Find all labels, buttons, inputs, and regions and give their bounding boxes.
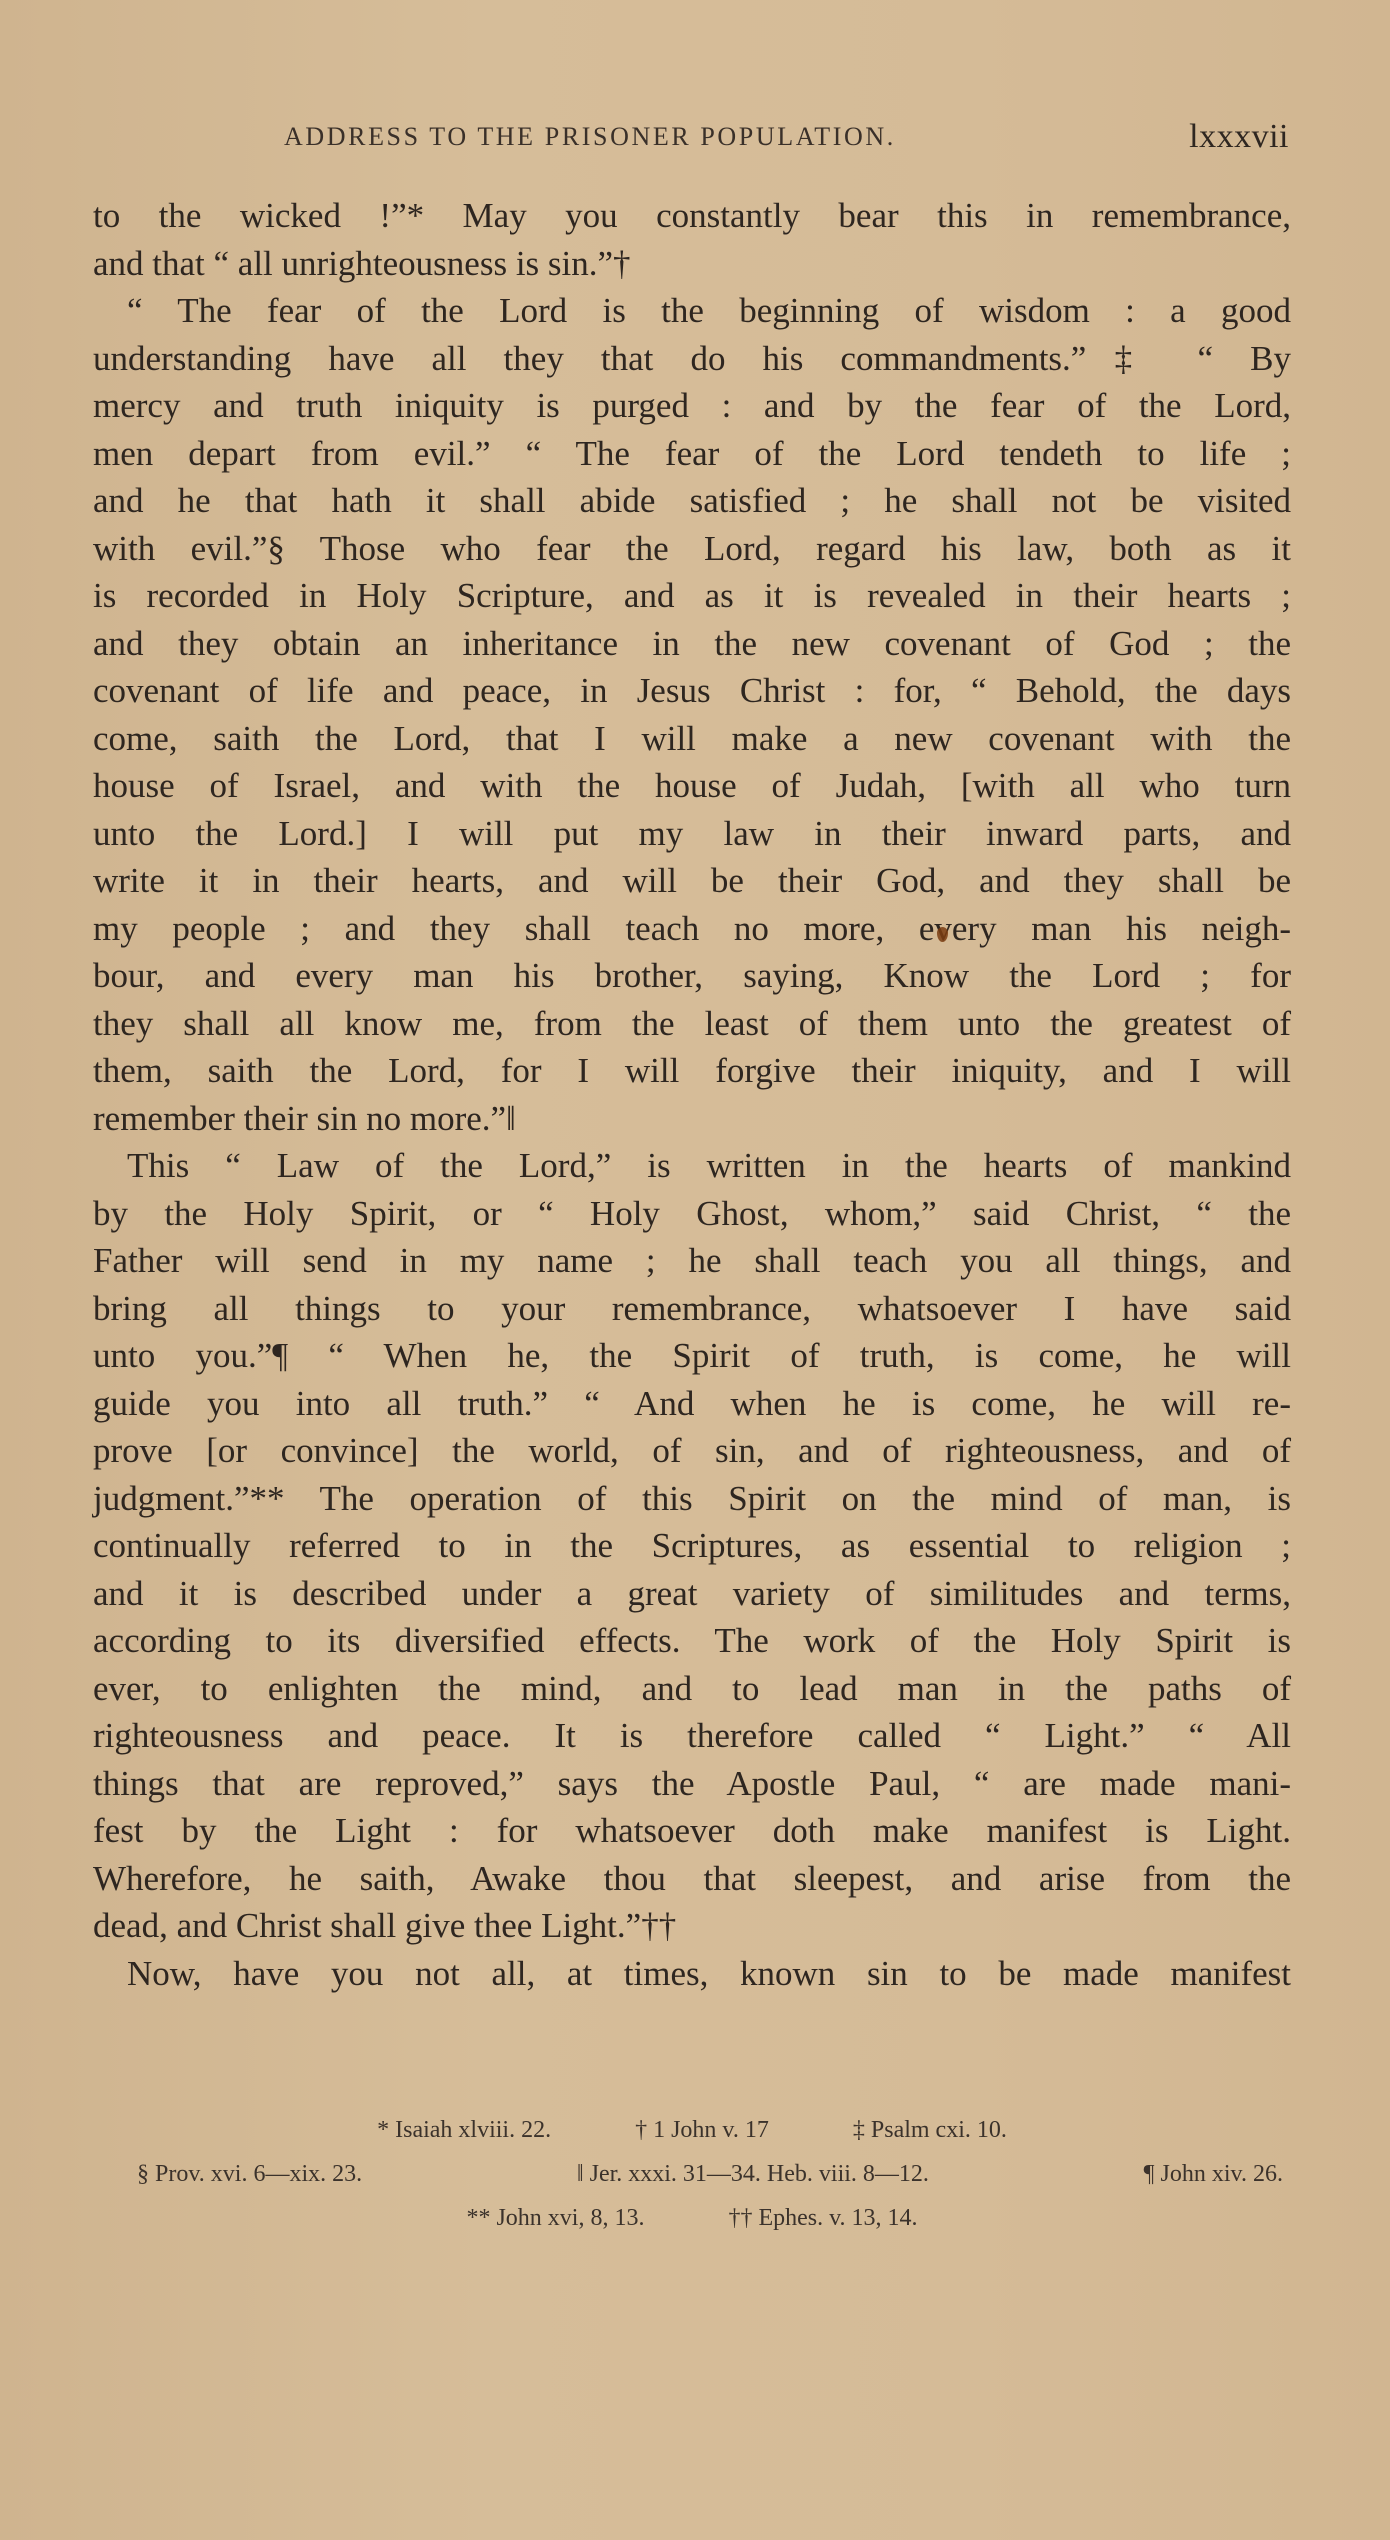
text-line: them, saith the Lord, for I will forgive… <box>93 1047 1291 1095</box>
text-line: covenant of life and peace, in Jesus Chr… <box>93 667 1291 715</box>
footnote: † 1 John v. 17 <box>635 2117 769 2144</box>
text-line: and he that hath it shall abide satisfie… <box>93 477 1291 525</box>
text-line: things that are reproved,” says the Apos… <box>93 1760 1291 1808</box>
text-line: write it in their hearts, and will be th… <box>93 857 1291 905</box>
text-line: Wherefore, he saith, Awake thou that sle… <box>93 1855 1291 1903</box>
footnote-row: * Isaiah xlviii. 22. † 1 John v. 17 ‡ Ps… <box>93 2108 1291 2152</box>
text-line: Father will send in my name ; he shall t… <box>93 1237 1291 1285</box>
text-line: to the wicked !”* May you constantly bea… <box>93 192 1291 240</box>
text-line: righteousness and peace. It is therefore… <box>93 1712 1291 1760</box>
text-line: unto you.”¶ “ When he, the Spirit of tru… <box>93 1332 1291 1380</box>
text-line: my people ; and they shall teach no more… <box>93 905 1291 953</box>
text-line: and they obtain an inheritance in the ne… <box>93 620 1291 668</box>
text-line: and that “ all unrighteousness is sin.”† <box>93 240 1291 288</box>
footnote: ¶ John xiv. 26. <box>1144 2161 1283 2188</box>
text-line: is recorded in Holy Scripture, and as it… <box>93 572 1291 620</box>
text-line: and it is described under a great variet… <box>93 1570 1291 1618</box>
text-line: dead, and Christ shall give thee Light.”… <box>93 1902 1291 1950</box>
footnotes: * Isaiah xlviii. 22. † 1 John v. 17 ‡ Ps… <box>93 2108 1291 2240</box>
footnote: ‖ Jer. xxxi. 31—34. Heb. viii. 8—12. <box>577 2161 929 2188</box>
text-line: “ The fear of the Lord is the beginning … <box>93 287 1291 335</box>
text-line: they shall all know me, from the least o… <box>93 1000 1291 1048</box>
text-line: house of Israel, and with the house of J… <box>93 762 1291 810</box>
text-line: continually referred to in the Scripture… <box>93 1522 1291 1570</box>
page-number: lxxxvii <box>1189 118 1289 156</box>
text-line: mercy and truth iniquity is purged : and… <box>93 382 1291 430</box>
text-line: understanding have all they that do his … <box>93 335 1291 383</box>
text-line: ever, to enlighten the mind, and to lead… <box>93 1665 1291 1713</box>
footnote: ‡ Psalm cxi. 10. <box>853 2117 1007 2144</box>
body-text: to the wicked !”* May you constantly bea… <box>93 192 1291 1997</box>
text-line: by the Holy Spirit, or “ Holy Ghost, who… <box>93 1190 1291 1238</box>
footnote: § Prov. xvi. 6—xix. 23. <box>137 2161 362 2188</box>
text-line: guide you into all truth.” “ And when he… <box>93 1380 1291 1428</box>
footnote-row: § Prov. xvi. 6—xix. 23. ‖ Jer. xxxi. 31—… <box>93 2152 1291 2196</box>
text-line: remember their sin no more.”‖ <box>93 1095 1291 1143</box>
text-line: judgment.”** The operation of this Spiri… <box>93 1475 1291 1523</box>
text-line: Now, have you not all, at times, known s… <box>93 1950 1291 1998</box>
footnote: †† Ephes. v. 13, 14. <box>728 2205 917 2232</box>
text-line: men depart from evil.” “ The fear of the… <box>93 430 1291 478</box>
footnote-row: ** John xvi, 8, 13. †† Ephes. v. 13, 14. <box>93 2196 1291 2240</box>
text-line: according to its diversified effects. Th… <box>93 1617 1291 1665</box>
text-line: prove [or convince] the world, of sin, a… <box>93 1427 1291 1475</box>
text-line: bour, and every man his brother, saying,… <box>93 952 1291 1000</box>
footnote: ** John xvi, 8, 13. <box>466 2205 644 2232</box>
text-line: come, saith the Lord, that I will make a… <box>93 715 1291 763</box>
text-line: This “ Law of the Lord,” is written in t… <box>93 1142 1291 1190</box>
running-title: Address to the Prisoner Population. <box>284 122 896 152</box>
text-line: bring all things to your remembrance, wh… <box>93 1285 1291 1333</box>
footnote: * Isaiah xlviii. 22. <box>377 2117 551 2144</box>
text-line: with evil.”§ Those who fear the Lord, re… <box>93 525 1291 573</box>
running-head: Address to the Prisoner Population. lxxx… <box>93 118 1291 162</box>
text-line: fest by the Light : for whatsoever doth … <box>93 1807 1291 1855</box>
text-line: unto the Lord.] I will put my law in the… <box>93 810 1291 858</box>
